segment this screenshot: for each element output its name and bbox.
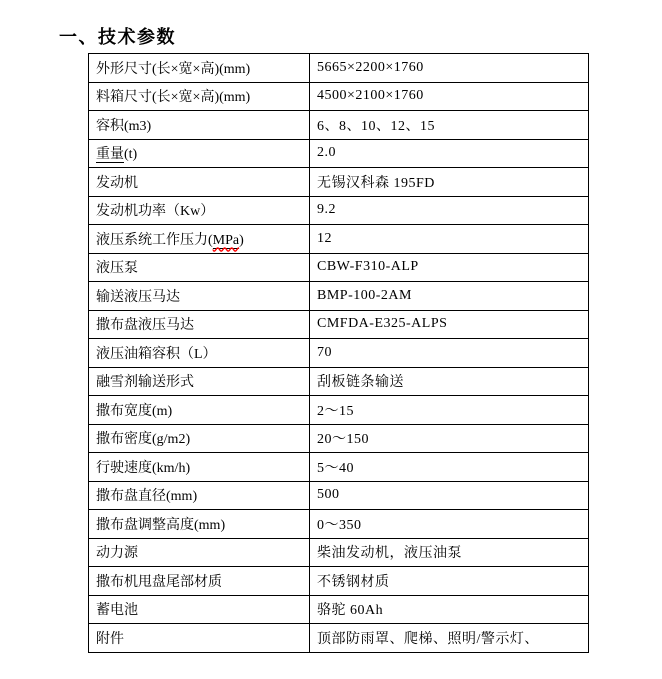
- label-text: 撒布盘直径(mm): [96, 489, 197, 504]
- table-row: 撒布盘调整高度(mm)0～350: [89, 510, 589, 539]
- label-text: ): [239, 233, 244, 248]
- label-text: 发动机: [96, 176, 138, 191]
- label-text: 蓄电池: [96, 603, 138, 618]
- param-value: 柴油发动机，液压油泵: [310, 538, 589, 567]
- param-label: 输送液压马达: [89, 282, 310, 311]
- param-label: 液压油箱容积（L）: [89, 339, 310, 368]
- label-text: 液压油箱容积（L）: [96, 347, 217, 362]
- label-text: 动力源: [96, 546, 138, 561]
- spellcheck-flagged-text: MPa: [213, 233, 239, 249]
- label-text: 附件: [96, 632, 124, 647]
- table-row: 输送液压马达BMP-100-2AM: [89, 282, 589, 311]
- label-text: 撒布宽度(m): [96, 404, 172, 419]
- param-value: 骆驼 60Ah: [310, 595, 589, 624]
- table-row: 动力源柴油发动机，液压油泵: [89, 538, 589, 567]
- table-row: 附件顶部防雨罩、爬梯、照明/警示灯、: [89, 624, 589, 653]
- param-value: CBW-F310-ALP: [310, 253, 589, 282]
- table-row: 液压系统工作压力(MPa)12: [89, 225, 589, 254]
- param-label: 融雪剂输送形式: [89, 367, 310, 396]
- param-value: 5～40: [310, 453, 589, 482]
- label-text: 料箱尺寸(长×宽×高)(mm): [96, 90, 250, 105]
- table-row: 液压泵CBW-F310-ALP: [89, 253, 589, 282]
- label-text: 撒布密度(g/m2): [96, 432, 190, 447]
- param-value: 顶部防雨罩、爬梯、照明/警示灯、: [310, 624, 589, 653]
- param-value: 6、8、10、12、15: [310, 111, 589, 140]
- param-value: 5665×2200×1760: [310, 54, 589, 83]
- param-label: 发动机功率（Kw）: [89, 196, 310, 225]
- label-text: 外形尺寸(长×宽×高)(mm): [96, 62, 250, 77]
- label-text: 行驶速度(km/h): [96, 461, 190, 476]
- table-row: 料箱尺寸(长×宽×高)(mm)4500×2100×1760: [89, 82, 589, 111]
- table-row: 撒布盘直径(mm)500: [89, 481, 589, 510]
- table-row: 重量(t)2.0: [89, 139, 589, 168]
- label-text: (t): [124, 147, 137, 162]
- param-value: 12: [310, 225, 589, 254]
- param-value: 70: [310, 339, 589, 368]
- table-row: 撒布盘液压马达CMFDA-E325-ALPS: [89, 310, 589, 339]
- label-text: 液压泵: [96, 261, 138, 276]
- param-label: 撒布机甩盘尾部材质: [89, 567, 310, 596]
- param-label: 撒布盘调整高度(mm): [89, 510, 310, 539]
- table-row: 发动机功率（Kw）9.2: [89, 196, 589, 225]
- param-label: 撒布宽度(m): [89, 396, 310, 425]
- table-row: 发动机无锡汉科森 195FD: [89, 168, 589, 197]
- param-label: 撒布盘直径(mm): [89, 481, 310, 510]
- param-label: 发动机: [89, 168, 310, 197]
- param-label: 重量(t): [89, 139, 310, 168]
- param-label: 撒布盘液压马达: [89, 310, 310, 339]
- table-row: 撒布密度(g/m2)20～150: [89, 424, 589, 453]
- label-text: 撒布盘液压马达: [96, 318, 194, 333]
- param-value: CMFDA-E325-ALPS: [310, 310, 589, 339]
- param-label: 蓄电池: [89, 595, 310, 624]
- label-text: 撒布盘调整高度(mm): [96, 518, 225, 533]
- label-text: 液压系统工作压力(: [96, 233, 213, 248]
- param-value: 不锈钢材质: [310, 567, 589, 596]
- table-row: 蓄电池骆驼 60Ah: [89, 595, 589, 624]
- table-row: 外形尺寸(长×宽×高)(mm)5665×2200×1760: [89, 54, 589, 83]
- param-value: 0～350: [310, 510, 589, 539]
- label-text: 撒布机甩盘尾部材质: [96, 575, 222, 590]
- param-value: 2.0: [310, 139, 589, 168]
- param-value: 4500×2100×1760: [310, 82, 589, 111]
- tech-params-table: 外形尺寸(长×宽×高)(mm)5665×2200×1760料箱尺寸(长×宽×高)…: [88, 53, 589, 653]
- param-value: 500: [310, 481, 589, 510]
- param-value: 刮板链条输送: [310, 367, 589, 396]
- param-label: 外形尺寸(长×宽×高)(mm): [89, 54, 310, 83]
- param-value: 9.2: [310, 196, 589, 225]
- param-label: 动力源: [89, 538, 310, 567]
- param-label: 撒布密度(g/m2): [89, 424, 310, 453]
- param-label: 容积(m3): [89, 111, 310, 140]
- label-text: 输送液压马达: [96, 290, 180, 305]
- label-text: 发动机功率（Kw）: [96, 204, 214, 219]
- param-label: 附件: [89, 624, 310, 653]
- label-text: 重量: [96, 147, 124, 163]
- param-label: 行驶速度(km/h): [89, 453, 310, 482]
- param-label: 液压泵: [89, 253, 310, 282]
- param-value: BMP-100-2AM: [310, 282, 589, 311]
- param-value: 2～15: [310, 396, 589, 425]
- param-label: 料箱尺寸(长×宽×高)(mm): [89, 82, 310, 111]
- table-row: 容积(m3)6、8、10、12、15: [89, 111, 589, 140]
- table-row: 液压油箱容积（L）70: [89, 339, 589, 368]
- section-title: 一、技术参数: [59, 23, 176, 49]
- document-page: 一、技术参数 外形尺寸(长×宽×高)(mm)5665×2200×1760料箱尺寸…: [0, 0, 662, 679]
- label-text: 融雪剂输送形式: [96, 375, 194, 390]
- table-row: 行驶速度(km/h)5～40: [89, 453, 589, 482]
- table-row: 融雪剂输送形式刮板链条输送: [89, 367, 589, 396]
- param-label: 液压系统工作压力(MPa): [89, 225, 310, 254]
- table-row: 撒布宽度(m)2～15: [89, 396, 589, 425]
- param-value: 无锡汉科森 195FD: [310, 168, 589, 197]
- table-row: 撒布机甩盘尾部材质不锈钢材质: [89, 567, 589, 596]
- label-text: 容积(m3): [96, 119, 151, 134]
- param-value: 20～150: [310, 424, 589, 453]
